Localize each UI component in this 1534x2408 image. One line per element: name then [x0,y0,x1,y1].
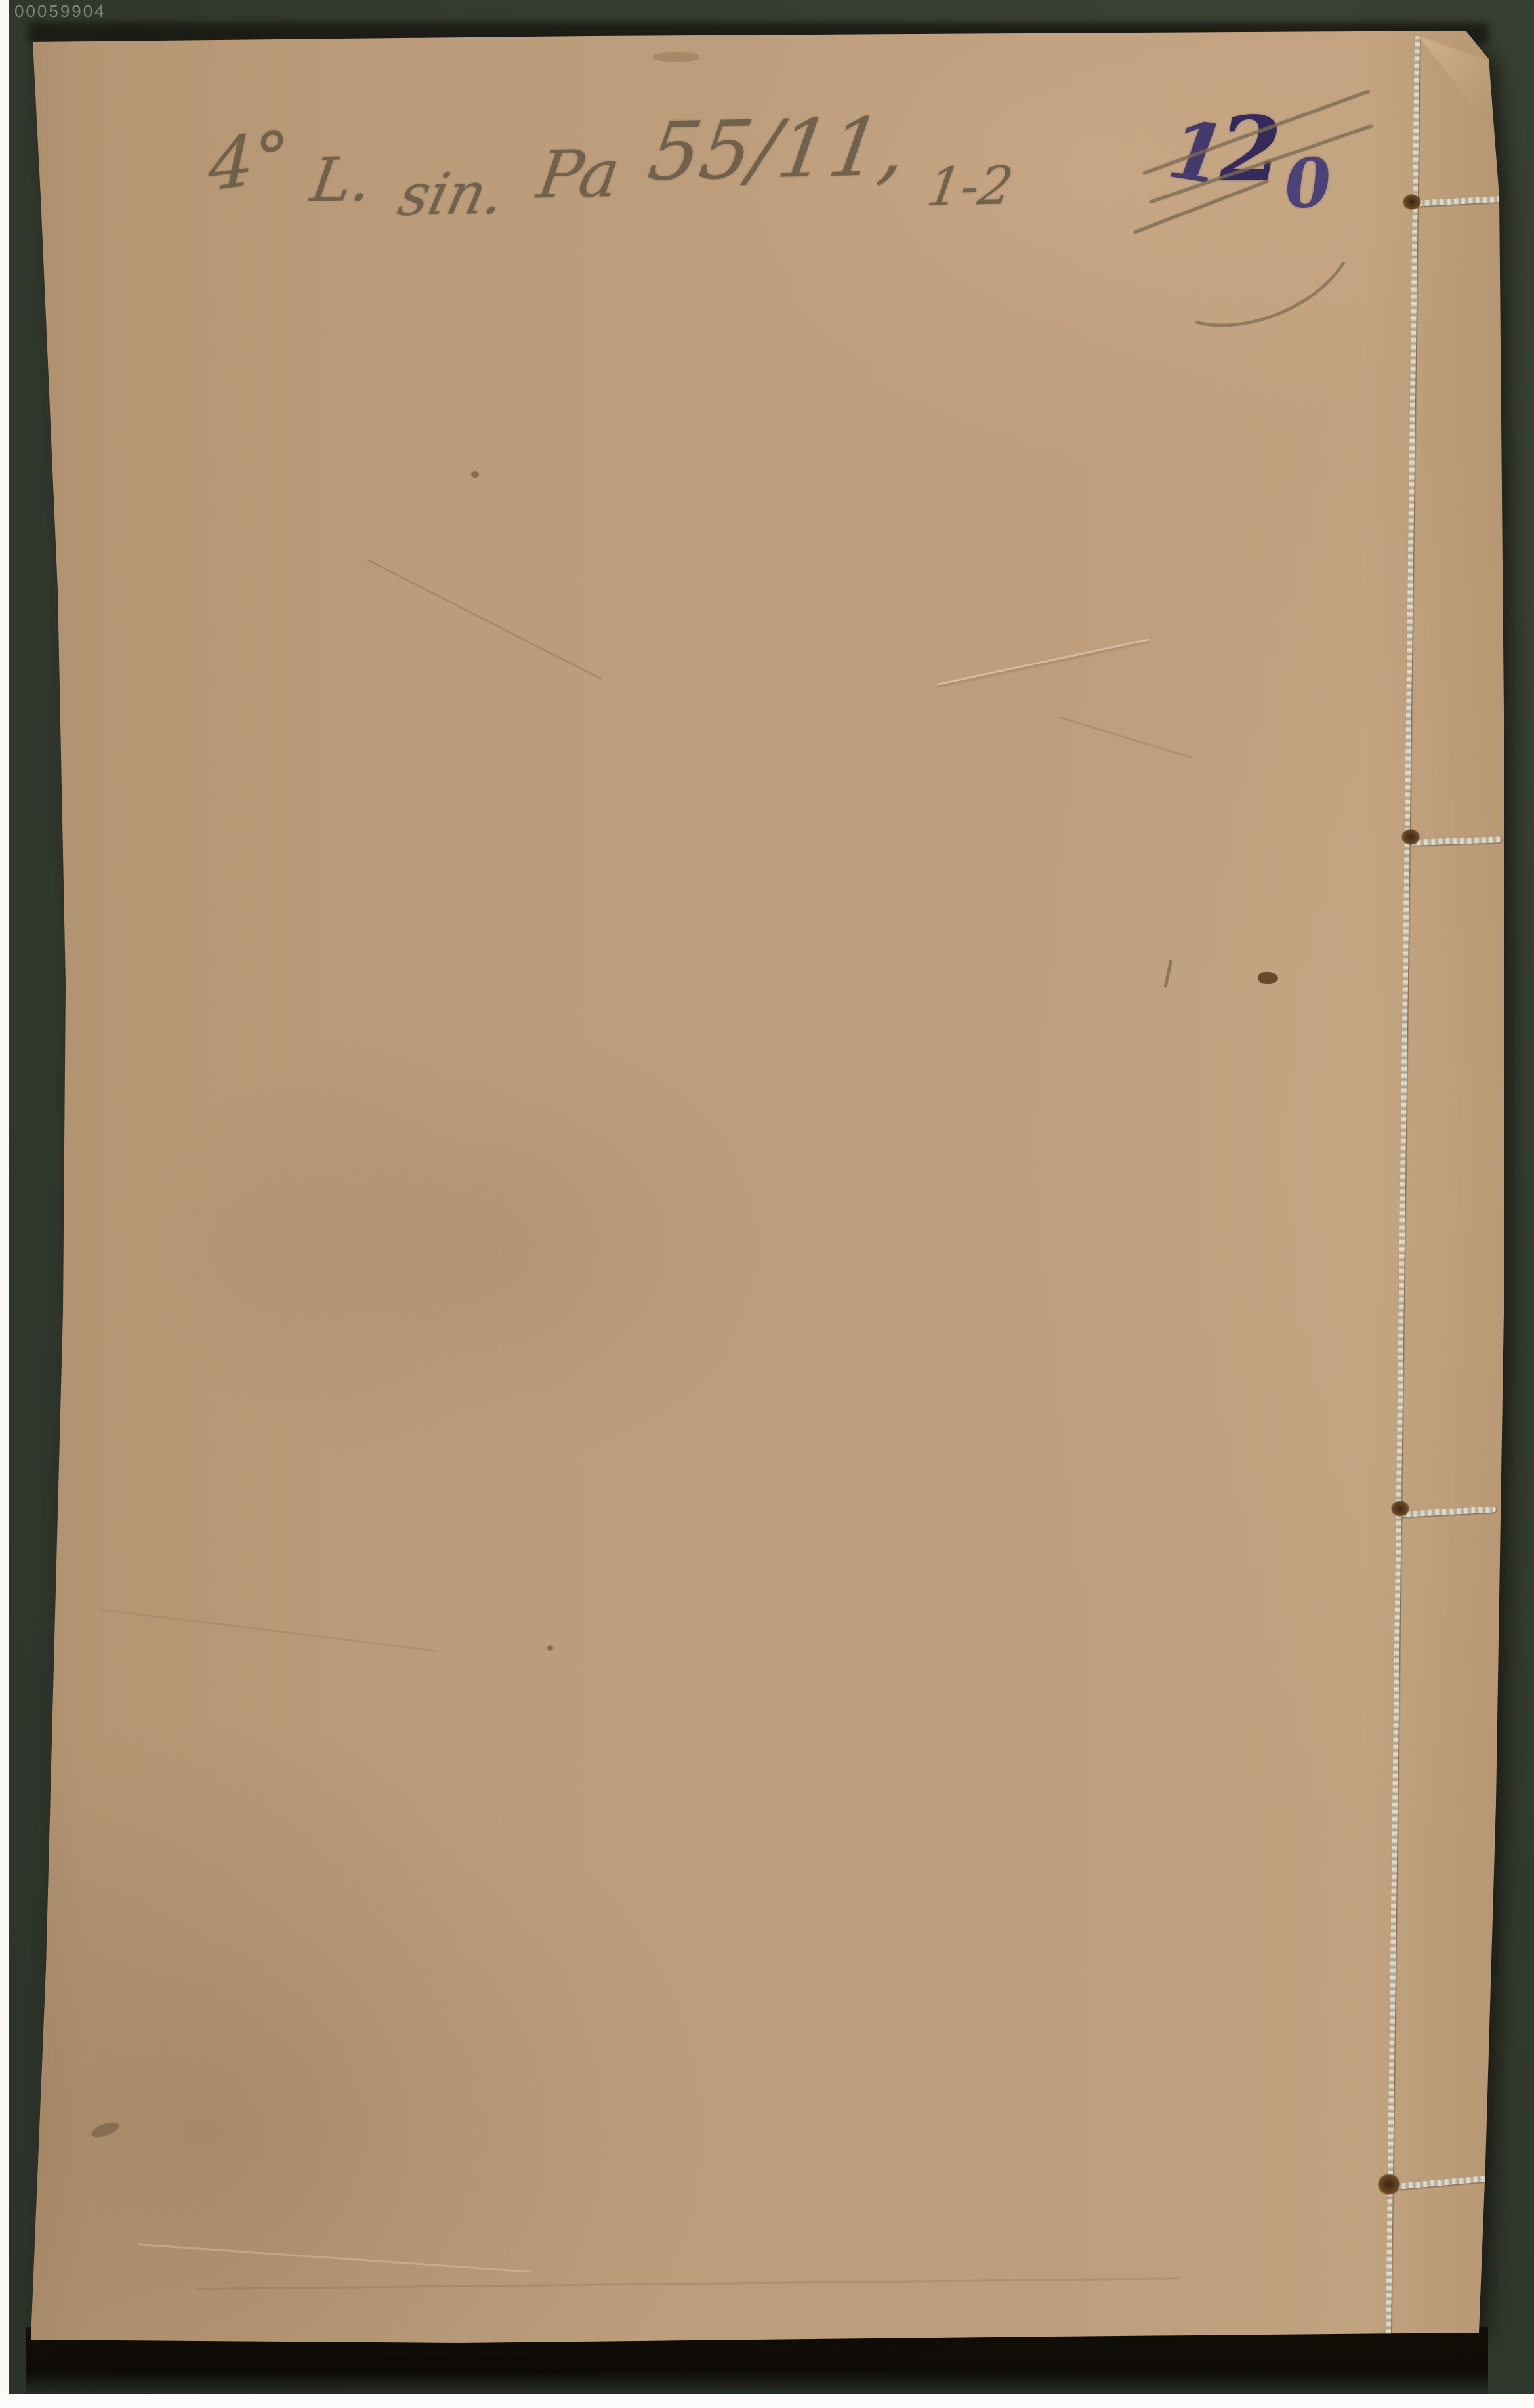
stain [89,2119,121,2140]
binding-stitch-horizontal [1411,836,1501,846]
binding-stitch-horizontal [1412,196,1504,207]
shelfmark-part: 4° [208,115,290,207]
shelfmark-handwriting: 4°L.sin.Pa55/11,1-2 [208,95,1018,205]
stain [653,52,699,62]
stain [471,471,479,478]
shelfmark-part: Pa [533,135,625,214]
crease [197,2277,1181,2290]
binding-stitch-horizontal [1388,2176,1487,2190]
binding-thread-vertical [1386,36,1420,2340]
book-scan: 00059904 4°L.sin.Pa55/11,1-2 120 [0,0,1534,2408]
crease [98,1608,437,1652]
binding-stitch-horizontal [1400,1506,1496,1517]
crease [1060,716,1192,758]
crease [367,559,602,680]
scanner-edge-left [0,0,9,2408]
crease [937,638,1149,685]
shelfmark-part: 1-2 [923,155,1017,218]
stain [547,1645,553,1651]
shelfmark-part: sin. [392,159,511,229]
shelfmark-part: 55/11, [643,100,913,199]
corner-fold [1411,31,1506,146]
stain [1258,972,1278,984]
stain [1163,959,1172,988]
scanner-edge-bottom [0,2394,1534,2408]
stitch-hole [1401,829,1420,845]
stitch-hole [1378,2174,1400,2195]
stitch-hole [1391,1501,1409,1517]
crease [138,2243,531,2273]
book-cover: 4°L.sin.Pa55/11,1-2 120 [0,0,1534,2408]
stitch-hole [1403,194,1421,210]
book-cover-wrapper: 4°L.sin.Pa55/11,1-2 120 [0,0,1534,2408]
shelfmark-part: L. [306,144,377,216]
